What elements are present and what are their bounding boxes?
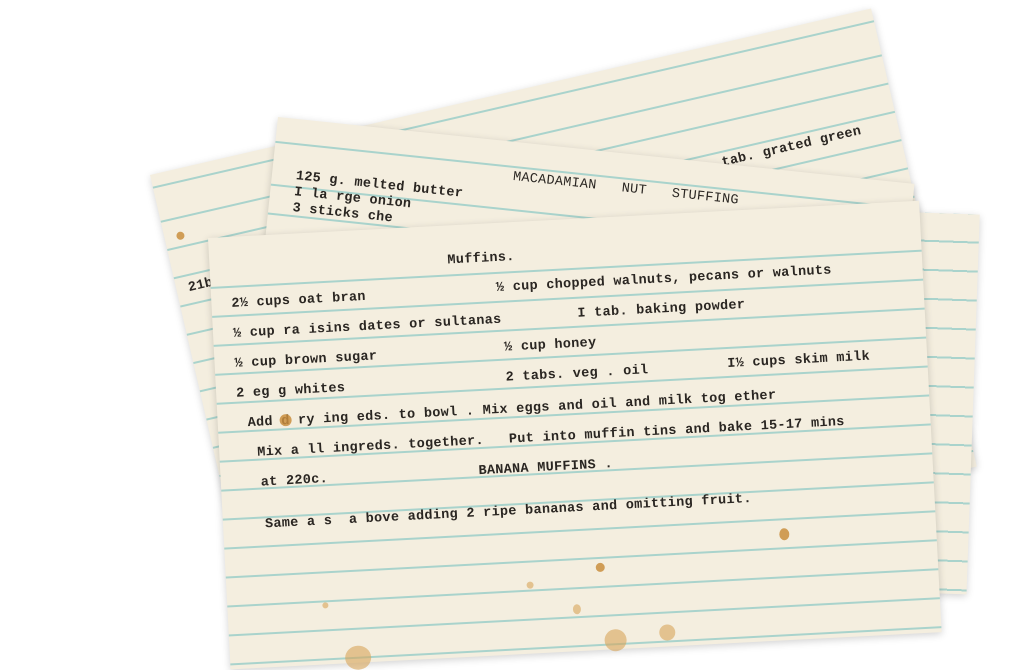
ingredient-line: ½ cup honey bbox=[504, 336, 597, 356]
stain bbox=[659, 624, 676, 641]
card-title: Muffins. bbox=[447, 250, 515, 268]
stain bbox=[604, 629, 627, 652]
card-fragment: tab. grated green bbox=[720, 124, 863, 171]
card-subtitle: BANANA MUFFINS . bbox=[478, 457, 613, 479]
method-line: at 220c. bbox=[261, 472, 329, 490]
ingredient-line: 2 eg g whites bbox=[236, 381, 346, 402]
stain bbox=[322, 602, 328, 608]
ingredient-line: I tab. baking powder bbox=[577, 298, 746, 322]
ingredient-line: 2½ cups oat bran bbox=[231, 290, 366, 312]
ingredient-line: ½ cup brown sugar bbox=[234, 349, 377, 371]
ingredient-line: ½ cup ra isins dates or sultanas bbox=[233, 313, 502, 342]
stain bbox=[345, 645, 372, 670]
ingredient-line: I½ cups skim milk bbox=[727, 350, 870, 372]
variation-line: Same a s a bove adding 2 ripe bananas an… bbox=[265, 492, 752, 532]
stain bbox=[526, 581, 533, 588]
recipe-card-muffins: Muffins. 2½ cups oat bran ½ cup ra isins… bbox=[208, 201, 942, 670]
ingredient-line: 2 tabs. veg . oil bbox=[505, 363, 648, 385]
stain bbox=[176, 231, 186, 241]
ingredient-line: ½ cup chopped walnuts, pecans or walnuts bbox=[496, 263, 832, 296]
stain bbox=[596, 563, 605, 572]
stain bbox=[573, 604, 582, 614]
card-title: MACADAMIAN NUT STUFFING bbox=[512, 170, 739, 209]
stain bbox=[779, 528, 790, 541]
